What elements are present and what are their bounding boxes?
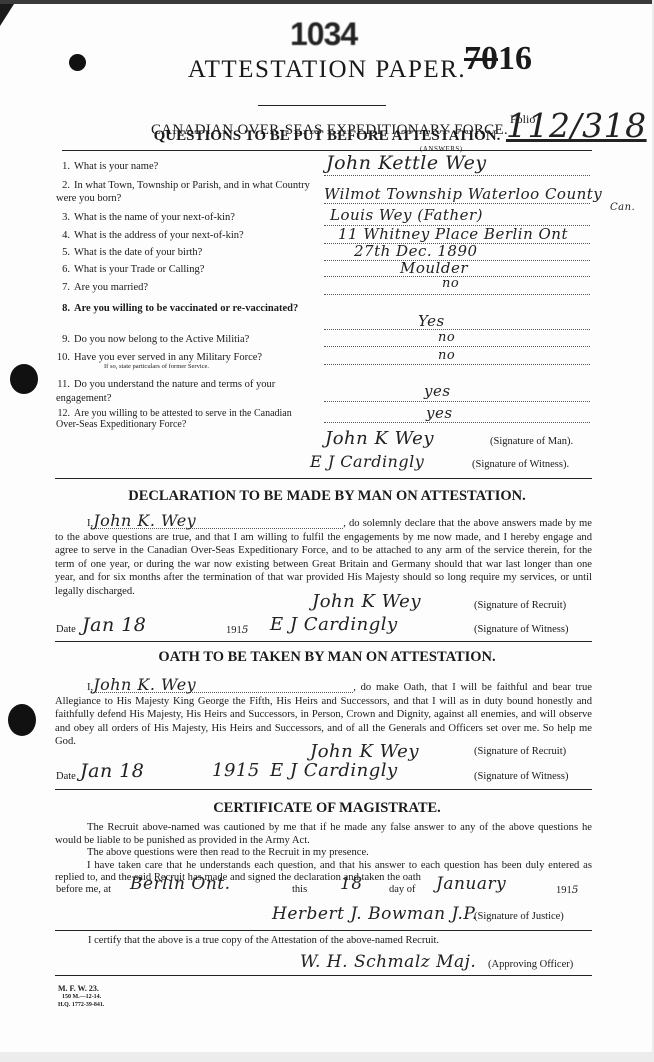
answer-trade: Moulder: [400, 259, 468, 277]
page-corner: [0, 4, 14, 26]
answer-name: John Kettle Wey: [326, 152, 487, 174]
answer-married: no: [442, 276, 459, 291]
answer-next-of-kin-address: 11 Whitney Place Berlin Ont: [338, 225, 568, 243]
oath-divider: [55, 789, 592, 790]
stamp-number: 1034: [290, 16, 357, 53]
question-11: 11.Do you understand the nature and term…: [56, 378, 312, 406]
oath-date-label: Date: [56, 771, 76, 782]
oath-name: John K. Wey: [93, 678, 353, 693]
question-8: 8.Are you willing to be vaccinated or re…: [56, 300, 312, 318]
magistrate-section-title: CERTIFICATE OF MAGISTRATE.: [0, 800, 652, 817]
signature-man-label: (Signature of Man).: [490, 436, 573, 447]
regimental-number-value: 16: [498, 40, 532, 77]
answer-line-2: [324, 203, 590, 204]
regimental-number-struck: 70: [464, 40, 498, 77]
oath-signature-witness-label: (Signature of Witness): [474, 771, 568, 782]
answer-line-11: [324, 401, 590, 402]
header-divider: [62, 150, 592, 151]
question-1: 1.What is your name?: [56, 161, 312, 172]
title-underline: [258, 105, 386, 106]
magistrate-this-label: this: [292, 884, 307, 895]
oath-signature-recruit-label: (Signature of Recruit): [474, 746, 566, 757]
declaration-date-label: Date: [56, 624, 76, 635]
answer-understand-terms: yes: [424, 382, 451, 400]
answer-birthplace-country: Can.: [610, 202, 635, 213]
question-10-note: If so, state particulars of former Servi…: [104, 363, 312, 370]
question-7: 7.Are you married?: [56, 282, 312, 293]
declaration-signature-witness-label: (Signature of Witness): [474, 624, 568, 635]
questions-section-title: QUESTIONS TO BE PUT BEFORE ATTESTATION.: [0, 128, 652, 145]
magistrate-month: January: [436, 874, 506, 894]
attestation-paper: 1034 ATTESTATION PAPER. 7016 CANADIAN OV…: [0, 0, 652, 1052]
magistrate-day: 18: [340, 874, 363, 894]
answer-line-12: [324, 422, 590, 423]
question-2: 2.In what Town, Township or Parish, and …: [56, 179, 312, 205]
signature-man: John K Wey: [325, 428, 434, 449]
magistrate-divider: [55, 930, 592, 931]
oath-signature-recruit: John K Wey: [310, 741, 419, 762]
answer-vaccinated: Yes: [418, 312, 445, 330]
question-12: 12.Are you willing to be attested to ser…: [56, 408, 312, 430]
signature-witness-questions-label: (Signature of Witness).: [472, 459, 569, 470]
declaration-signature-witness: E J Cardingly: [270, 614, 398, 635]
oath-section-title: OATH TO BE TAKEN BY MAN ON ATTESTATION.: [0, 649, 652, 666]
question-5: 5.What is the date of your birth?: [56, 247, 312, 258]
question-3: 3.What is the name of your next-of-kin?: [56, 212, 312, 223]
declaration-name: John K. Wey: [93, 514, 343, 529]
question-10: 10.Have you ever served in any Military …: [56, 352, 312, 370]
oath-text: I,John K. Wey, do make Oath, that I will…: [55, 678, 592, 749]
signature-justice-label: (Signature of Justice): [474, 911, 564, 922]
form-code: M. F. W. 23. 150 M.—12-14. H.Q. 1772-39-…: [58, 985, 104, 1009]
signature-witness-questions: E J Cardingly: [310, 452, 424, 471]
certification-divider: [55, 975, 592, 976]
declaration-section-title: DECLARATION TO BE MADE BY MAN ON ATTESTA…: [0, 488, 652, 505]
answer-willing-to-serve: yes: [426, 404, 453, 422]
print-run: 150 M.—12-14.: [62, 993, 104, 1001]
question-6: 6.What is your Trade or Calling?: [56, 264, 312, 275]
declaration-year: 1915: [226, 624, 249, 636]
binder-hole-middle: [10, 364, 38, 394]
declaration-divider: [55, 641, 592, 642]
signature-approving-officer: W. H. Schmalz Maj.: [300, 952, 476, 972]
signature-justice: Herbert J. Bowman J.P.: [272, 904, 478, 924]
form-code-value: M. F. W. 23.: [58, 984, 99, 993]
binder-hole-bottom: [8, 704, 36, 736]
declaration-text: I,John K. Wey, do solemnly declare that …: [55, 514, 592, 598]
answer-line-7: [324, 294, 590, 295]
declaration-signature-recruit: John K Wey: [312, 591, 421, 612]
magistrate-place: Berlin Ont.: [130, 874, 231, 894]
magistrate-year: 1915: [556, 884, 579, 896]
certification-text: I certify that the above is a true copy …: [88, 935, 439, 946]
question-4: 4.What is the address of your next-of-ki…: [56, 230, 312, 241]
declaration-date: Jan 18: [82, 614, 146, 636]
answer-active-militia: no: [438, 330, 455, 345]
magistrate-day-of-label: day of: [389, 884, 416, 895]
answer-line-9: [324, 346, 590, 347]
regimental-number: 7016: [464, 40, 532, 78]
hq-code: H.Q. 1772-39-841.: [58, 1001, 104, 1009]
answer-birth-date: 27th Dec. 1890: [354, 242, 478, 260]
approving-officer-label: (Approving Officer): [488, 959, 573, 970]
oath-date: Jan 18: [80, 760, 144, 782]
answer-line-8: [324, 329, 590, 330]
oath-signature-witness: E J Cardingly: [270, 760, 398, 781]
answer-next-of-kin: Louis Wey (Father): [330, 206, 483, 224]
answer-birthplace: Wilmot Township Waterloo County: [324, 185, 602, 203]
magistrate-before-label: before me, at: [56, 884, 111, 895]
page-title: ATTESTATION PAPER.: [0, 56, 652, 84]
answer-line-10: [324, 364, 590, 365]
answer-line-1: [324, 175, 590, 176]
oath-year: 1915: [212, 760, 260, 781]
questions-divider: [55, 478, 592, 479]
question-9: 9.Do you now belong to the Active Militi…: [56, 334, 312, 345]
answer-military-service: no: [438, 348, 455, 363]
declaration-signature-recruit-label: (Signature of Recruit): [474, 600, 566, 611]
